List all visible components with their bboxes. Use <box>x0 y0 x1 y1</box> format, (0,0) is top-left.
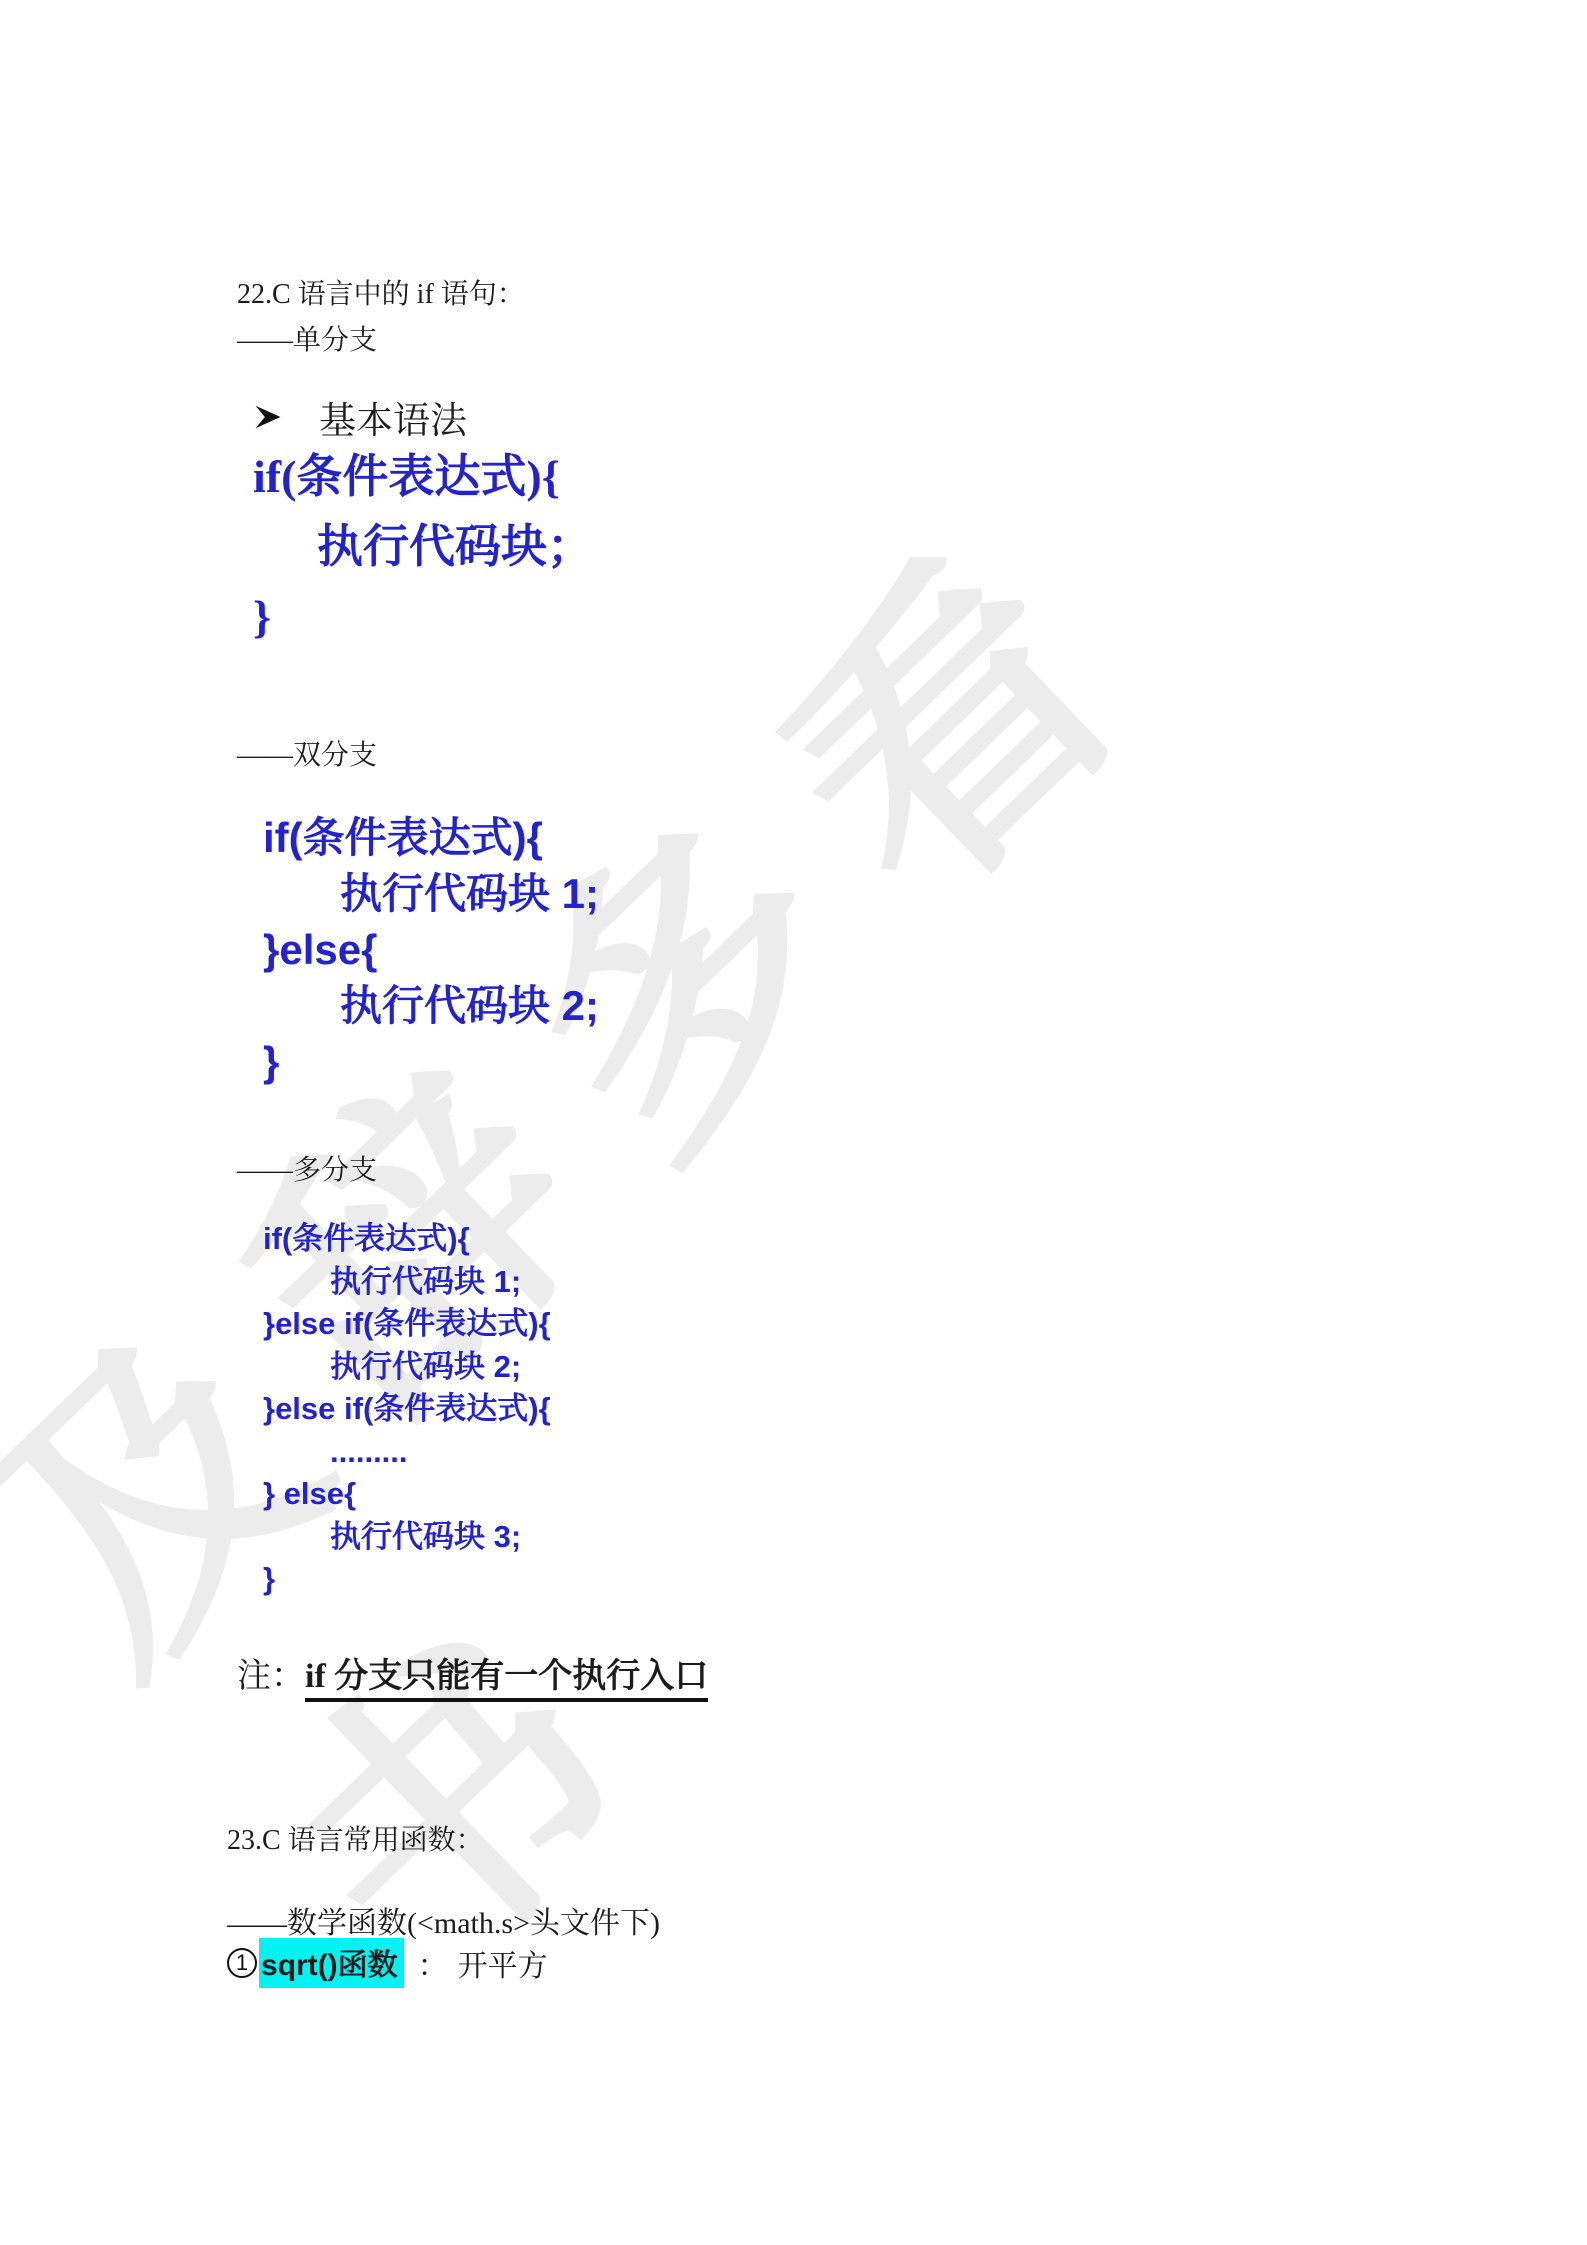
circled-number-icon: 1 <box>227 1948 257 1978</box>
basic-syntax-row: 基本语法 <box>253 390 467 444</box>
code-block-single-branch: if(条件表达式){ 执行代码块； } <box>253 442 593 652</box>
single-branch-label: ——单分支 <box>237 318 377 358</box>
sqrt-description: 开平方 <box>458 1941 548 1985</box>
code-line: 执行代码块 3; <box>263 1516 551 1559</box>
section-22-title: 22.C 语言中的 if 语句： <box>237 272 525 312</box>
code-block-double-branch: if(条件表达式){ 执行代码块 1; }else{ 执行代码块 2; } <box>263 810 599 1090</box>
section-23-title: 23.C 语言常用函数： <box>227 1818 484 1858</box>
code-line: } <box>253 582 593 652</box>
code-line: }else if(条件表达式){ <box>263 1303 551 1346</box>
note-underlined-text: if 分支只能有一个执行入口 <box>305 1658 708 1702</box>
code-line: 执行代码块 1; <box>263 1261 551 1304</box>
code-line: ......... <box>263 1431 551 1474</box>
note-prefix: 注： <box>237 1658 305 1695</box>
code-line: }else{ <box>263 922 599 978</box>
math-functions-label: ——数学函数(<math.s>头文件下) <box>227 1898 660 1942</box>
double-branch-label: ——双分支 <box>237 733 377 773</box>
code-line: if(条件表达式){ <box>263 810 599 866</box>
code-line: 执行代码块 2; <box>263 978 599 1034</box>
code-line: 执行代码块 2; <box>263 1346 551 1389</box>
code-line: }else if(条件表达式){ <box>263 1388 551 1431</box>
multi-branch-label: ——多分支 <box>237 1148 377 1188</box>
item-separator: ： <box>418 1941 448 1985</box>
function-item-sqrt: 1 sqrt()函数 ： 开平方 <box>227 1938 548 1988</box>
code-line: 执行代码块； <box>253 512 593 582</box>
sqrt-highlight: sqrt()函数 <box>259 1938 404 1988</box>
note-row: 注：if 分支只能有一个执行入口 <box>237 1648 708 1697</box>
basic-syntax-label: 基本语法 <box>319 390 467 444</box>
code-line: 执行代码块 1; <box>263 866 599 922</box>
code-line: if(条件表达式){ <box>263 1218 551 1261</box>
code-line: } else{ <box>263 1473 551 1516</box>
document-page: 及辞多看书 22.C 语言中的 if 语句： ——单分支 基本语法 if(条件表… <box>0 0 1587 2245</box>
arrow-bullet-icon <box>253 401 283 433</box>
code-line: if(条件表达式){ <box>253 442 593 512</box>
code-line: } <box>263 1034 599 1090</box>
code-block-multi-branch: if(条件表达式){ 执行代码块 1; }else if(条件表达式){ 执行代… <box>263 1218 551 1601</box>
code-line: } <box>263 1558 551 1601</box>
